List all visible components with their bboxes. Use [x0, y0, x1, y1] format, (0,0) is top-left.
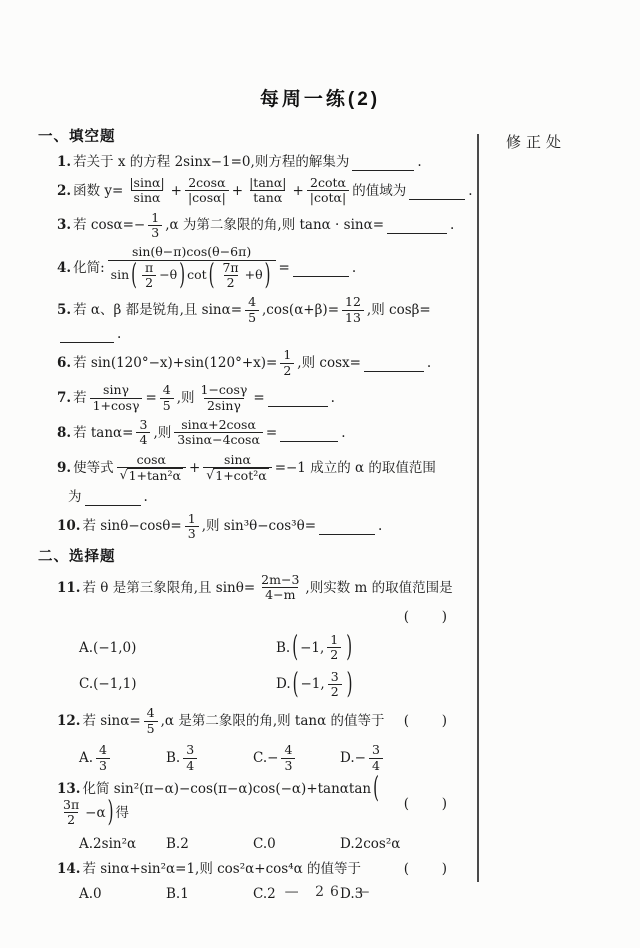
math-text: (−1,0) [93, 639, 136, 657]
math-text: ,α 为第二象限的角,则 tanα · sinα= [165, 216, 384, 234]
option-label: A. [79, 749, 93, 767]
fraction: sin(θ−π)cos(θ−6π)sin(π2−θ)cot(7π2+θ) [108, 245, 276, 290]
math-text: ,α 是第二象限的角,则 tanα 的值等于 [161, 712, 385, 730]
option: A.(−1,0) [79, 639, 276, 657]
math-text: ,则 cosx= [297, 354, 361, 372]
answer-blank [364, 358, 424, 372]
section: 二、选择题11.若 θ 是第三象限角,且 sinθ=2m−34−m,则实数 m … [38, 548, 474, 903]
options-row: A.2sin²αB.2C.0D.2cos²α [79, 835, 474, 853]
big-paren-close: ) [265, 261, 271, 290]
math-text: 2cos²α [355, 835, 401, 853]
fraction: 43 [281, 743, 295, 773]
fraction: sinγ1+cosγ [90, 383, 143, 413]
big-paren-close: ) [179, 261, 185, 290]
math-text: ,则 [177, 389, 195, 407]
question-number: 9. [57, 459, 71, 477]
option: B.(−1,12) [276, 633, 473, 663]
fraction: 12 [327, 633, 341, 663]
section-heading: 一、填空题 [38, 128, 474, 148]
fraction: 32 [328, 670, 342, 700]
math-text: . [450, 216, 454, 234]
question: 8.若 tanα=34,则sinα+2cosα3sinα−4cosα=. [57, 418, 474, 448]
answer-bracket: ( ) [404, 860, 448, 878]
math-text: 若关于 x 的方程 2sinx−1=0,则方程的解集为 [73, 153, 349, 171]
option-label: D. [340, 835, 355, 853]
math-text: 函数 y= [73, 182, 123, 200]
fraction: 43 [96, 743, 110, 773]
fraction: 34 [369, 743, 383, 773]
math-text: −1, [301, 675, 325, 693]
answer-blank [293, 263, 349, 277]
big-paren-open: ( [292, 634, 298, 663]
option: D.2cos²α [340, 835, 427, 853]
correction-label: 修正处 [506, 131, 566, 152]
question-line: 11.若 θ 是第三象限角,且 sinθ=2m−34−m,则实数 m 的取值范围… [57, 573, 474, 603]
question-number: 13. [57, 780, 81, 798]
fraction: sinα+2cosα3sinα−4cosα [174, 418, 263, 448]
correction-divider-line [477, 134, 479, 882]
question-line: 14.若 sinα+sin²α=1,则 cos²α+cos⁴α 的值等于( ) [57, 860, 474, 878]
radical: √1+cot²α [206, 468, 268, 483]
math-text: 2 [180, 835, 189, 853]
math-text: 若 α、β 都是锐角,且 sinα= [73, 301, 242, 319]
options-row: A.(−1,0)B.(−1,12) [79, 633, 474, 663]
question: 13.化简 sin²(π−α)−cos(π−α)cos(−α)+tanαtan(… [57, 780, 474, 853]
math-text: sin(θ−π)cos(θ−6π) [132, 245, 251, 259]
math-text: + [171, 182, 182, 200]
math-text: = [279, 259, 290, 277]
answer-bracket: ( ) [404, 608, 448, 626]
answer-blank [409, 186, 465, 200]
page-number: — 26 — [0, 884, 640, 900]
fraction: 2cosα|cosα| [185, 176, 229, 206]
math-text: ,则 [153, 424, 171, 442]
big-paren-close: ) [347, 670, 353, 699]
math-text: . [468, 182, 472, 200]
math-text: = [253, 389, 264, 407]
question-line: 5.若 α、β 都是锐角,且 sinα=45,cos(α+β)=1213,则 c… [57, 295, 474, 343]
fraction: 13 [185, 512, 199, 542]
big-paren-open: ( [209, 261, 215, 290]
math-text: 0 [267, 835, 276, 853]
math-text: . [378, 517, 382, 535]
question-number: 4. [57, 259, 71, 277]
question-line: 9.使等式cosα√1+tan²α+sinα√1+cot²α=−1 成立的 α … [57, 453, 474, 484]
question: 9.使等式cosα√1+tan²α+sinα√1+cot²α=−1 成立的 α … [57, 453, 474, 507]
fraction: 1−cosγ2sinγ [198, 383, 251, 413]
question-line: 6.若 sin(120°−x)+sin(120°+x)=12,则 cosx=. [57, 348, 474, 378]
math-text: − [355, 749, 366, 767]
math-text: −α [85, 804, 105, 822]
radical: √1+tan²α [120, 468, 183, 483]
option: C.−43 [253, 743, 340, 773]
fraction: cosα√1+tan²α [117, 453, 186, 484]
answer-blank [280, 428, 338, 442]
math-text: ,cos(α+β)= [262, 301, 339, 319]
math-text: −1, [300, 639, 324, 657]
fraction: π2 [142, 261, 156, 291]
option-label: A. [79, 639, 93, 657]
section-heading: 二、选择题 [38, 548, 474, 568]
question-line: 4.化简:sin(θ−π)cos(θ−6π)sin(π2−θ)cot(7π2+θ… [57, 245, 474, 290]
question: 1.若关于 x 的方程 2sinx−1=0,则方程的解集为. [57, 153, 474, 171]
question-line: 2.函数 y=|sinα|sinα+2cosα|cosα|+|tanα|tanα… [57, 176, 474, 206]
answer-blank [268, 393, 328, 407]
math-text: =−1 成立的 α 的取值范围 [275, 459, 436, 477]
option: B.2 [166, 835, 253, 853]
question: 11.若 θ 是第三象限角,且 sinθ=2m−34−m,则实数 m 的取值范围… [57, 573, 474, 699]
fraction: 45 [160, 383, 174, 413]
answer-blank [387, 220, 447, 234]
fraction: sinα√1+cot²α [203, 453, 271, 484]
question: 2.函数 y=|sinα|sinα+2cosα|cosα|+|tanα|tanα… [57, 176, 474, 206]
option: C.0 [253, 835, 340, 853]
math-text: + [232, 182, 243, 200]
big-paren-close: ) [108, 799, 114, 828]
math-text: = [266, 424, 277, 442]
question-line: ( ) [68, 608, 474, 626]
fraction: 7π2 [219, 261, 241, 291]
question: 5.若 α、β 都是锐角,且 sinα=45,cos(α+β)=1213,则 c… [57, 295, 474, 343]
question: 12.若 sinα=45,α 是第二象限的角,则 tanα 的值等于( )A.4… [57, 706, 474, 773]
fraction: 2cotα|cotα| [307, 176, 349, 206]
fraction: 12 [280, 348, 294, 378]
question-number: 3. [57, 216, 71, 234]
page-title: 每周一练(2) [0, 84, 640, 111]
math-text: 若 cosα=− [73, 216, 145, 234]
options-row: A.43B.34C.−43D.−34 [79, 743, 474, 773]
big-paren-open: ( [131, 261, 137, 290]
question: 7.若sinγ1+cosγ=45,则1−cosγ2sinγ=. [57, 383, 474, 413]
question: 3.若 cosα=−13,α 为第二象限的角,则 tanα · sinα=. [57, 211, 474, 241]
math-text: ,则 cosβ= [367, 301, 431, 319]
math-text: ,则实数 m 的取值范围是 [305, 579, 452, 597]
math-text: +θ [245, 268, 263, 282]
fraction: 1213 [342, 295, 364, 325]
math-text: 若 sinθ−cosθ= [83, 517, 182, 535]
question-number: 6. [57, 354, 71, 372]
section: 一、填空题1.若关于 x 的方程 2sinx−1=0,则方程的解集为.2.函数 … [38, 128, 474, 541]
question-number: 5. [57, 301, 71, 319]
question-line: 8.若 tanα=34,则sinα+2cosα3sinα−4cosα=. [57, 418, 474, 448]
option: A.2sin²α [79, 835, 166, 853]
question-number: 11. [57, 579, 81, 597]
math-text: sin [111, 268, 129, 282]
big-paren-open: ( [373, 775, 379, 804]
math-text: 若 sin(120°−x)+sin(120°+x)= [73, 354, 277, 372]
math-text: + [292, 182, 303, 200]
math-text: 若 tanα= [73, 424, 133, 442]
question-line: 12.若 sinα=45,α 是第二象限的角,则 tanα 的值等于( ) [57, 706, 474, 736]
question: 10.若 sinθ−cosθ=13,则 sin³θ−cos³θ=. [57, 512, 474, 542]
math-text: ,则 sin³θ−cos³θ= [202, 517, 316, 535]
math-text: . [352, 259, 356, 277]
option: D.(−1,32) [276, 670, 473, 700]
option-label: C. [253, 749, 267, 767]
math-text: 化简: [73, 259, 105, 277]
question-number: 10. [57, 517, 81, 535]
fraction: 13 [148, 211, 162, 241]
math-text: cot [187, 268, 207, 282]
math-text: . [117, 325, 121, 343]
big-paren-close: ) [346, 634, 352, 663]
math-text: 若 [73, 389, 87, 407]
question-number: 1. [57, 153, 71, 171]
question-line: 1.若关于 x 的方程 2sinx−1=0,则方程的解集为. [57, 153, 474, 171]
math-text: −θ [159, 268, 177, 282]
math-text: . [341, 424, 345, 442]
math-text: . [331, 389, 335, 407]
math-text: − [267, 749, 278, 767]
question-line: 7.若sinγ1+cosγ=45,则1−cosγ2sinγ=. [57, 383, 474, 413]
option-label: B. [166, 835, 180, 853]
question-number: 12. [57, 712, 81, 730]
math-text: = [145, 389, 156, 407]
sections: 一、填空题1.若关于 x 的方程 2sinx−1=0,则方程的解集为.2.函数 … [38, 126, 474, 911]
math-text: 的值域为 [352, 182, 406, 200]
math-text: 若 sinα+sin²α=1,则 cos²α+cos⁴α 的值等于 [83, 860, 362, 878]
question-number: 14. [57, 860, 81, 878]
math-text: 化简 sin²(π−α)−cos(π−α)cos(−α)+tanαtan [83, 780, 372, 798]
answer-blank [85, 492, 141, 506]
question-line: 13.化简 sin²(π−α)−cos(π−α)cos(−α)+tanαtan(… [57, 780, 474, 828]
option-label: D. [340, 749, 355, 767]
answer-blank [319, 521, 375, 535]
math-text: 2sin²α [93, 835, 136, 853]
math-text: . [144, 488, 148, 506]
fraction: |sinα|sinα [126, 176, 167, 206]
option-label: B. [166, 749, 180, 767]
option: A.43 [79, 743, 166, 773]
big-paren-open: ( [293, 670, 299, 699]
option-label: B. [276, 639, 290, 657]
question-number: 7. [57, 389, 71, 407]
math-text: + [189, 459, 200, 477]
option: D.−34 [340, 743, 427, 773]
math-text: 为 [68, 488, 82, 506]
math-text: . [427, 354, 431, 372]
math-text: . [417, 153, 421, 171]
answer-bracket: ( ) [404, 795, 448, 813]
option: C.(−1,1) [79, 675, 276, 693]
math-text: 若 sinα= [83, 712, 141, 730]
fraction: 2m−34−m [258, 573, 302, 603]
fraction: |tanα|tanα [246, 176, 289, 206]
question-line: 为. [68, 488, 474, 506]
option-label: D. [276, 675, 291, 693]
option-label: C. [79, 675, 93, 693]
answer-bracket: ( ) [404, 712, 448, 730]
fraction: 34 [136, 418, 150, 448]
answer-blank [60, 329, 114, 343]
option-label: A. [79, 835, 93, 853]
question-number: 2. [57, 182, 71, 200]
math-text: (−1,1) [93, 675, 136, 693]
fraction: 45 [144, 706, 158, 736]
fraction: 45 [245, 295, 259, 325]
question-number: 8. [57, 424, 71, 442]
fraction: 34 [183, 743, 197, 773]
question-line: 10.若 sinθ−cosθ=13,则 sin³θ−cos³θ=. [57, 512, 474, 542]
question-line: 3.若 cosα=−13,α 为第二象限的角,则 tanα · sinα=. [57, 211, 474, 241]
question: 6.若 sin(120°−x)+sin(120°+x)=12,则 cosx=. [57, 348, 474, 378]
math-text: 使等式 [73, 459, 114, 477]
question: 4.化简:sin(θ−π)cos(θ−6π)sin(π2−θ)cot(7π2+θ… [57, 245, 474, 290]
math-text: 若 θ 是第三象限角,且 sinθ= [83, 579, 256, 597]
options-row: C.(−1,1)D.(−1,32) [79, 670, 474, 700]
answer-blank [352, 157, 414, 171]
option: B.34 [166, 743, 253, 773]
option-label: C. [253, 835, 267, 853]
fraction: 3π2 [60, 798, 82, 828]
math-text: 得 [115, 804, 129, 822]
worksheet-page: 每周一练(2) 修正处 一、填空题1.若关于 x 的方程 2sinx−1=0,则… [0, 0, 640, 948]
